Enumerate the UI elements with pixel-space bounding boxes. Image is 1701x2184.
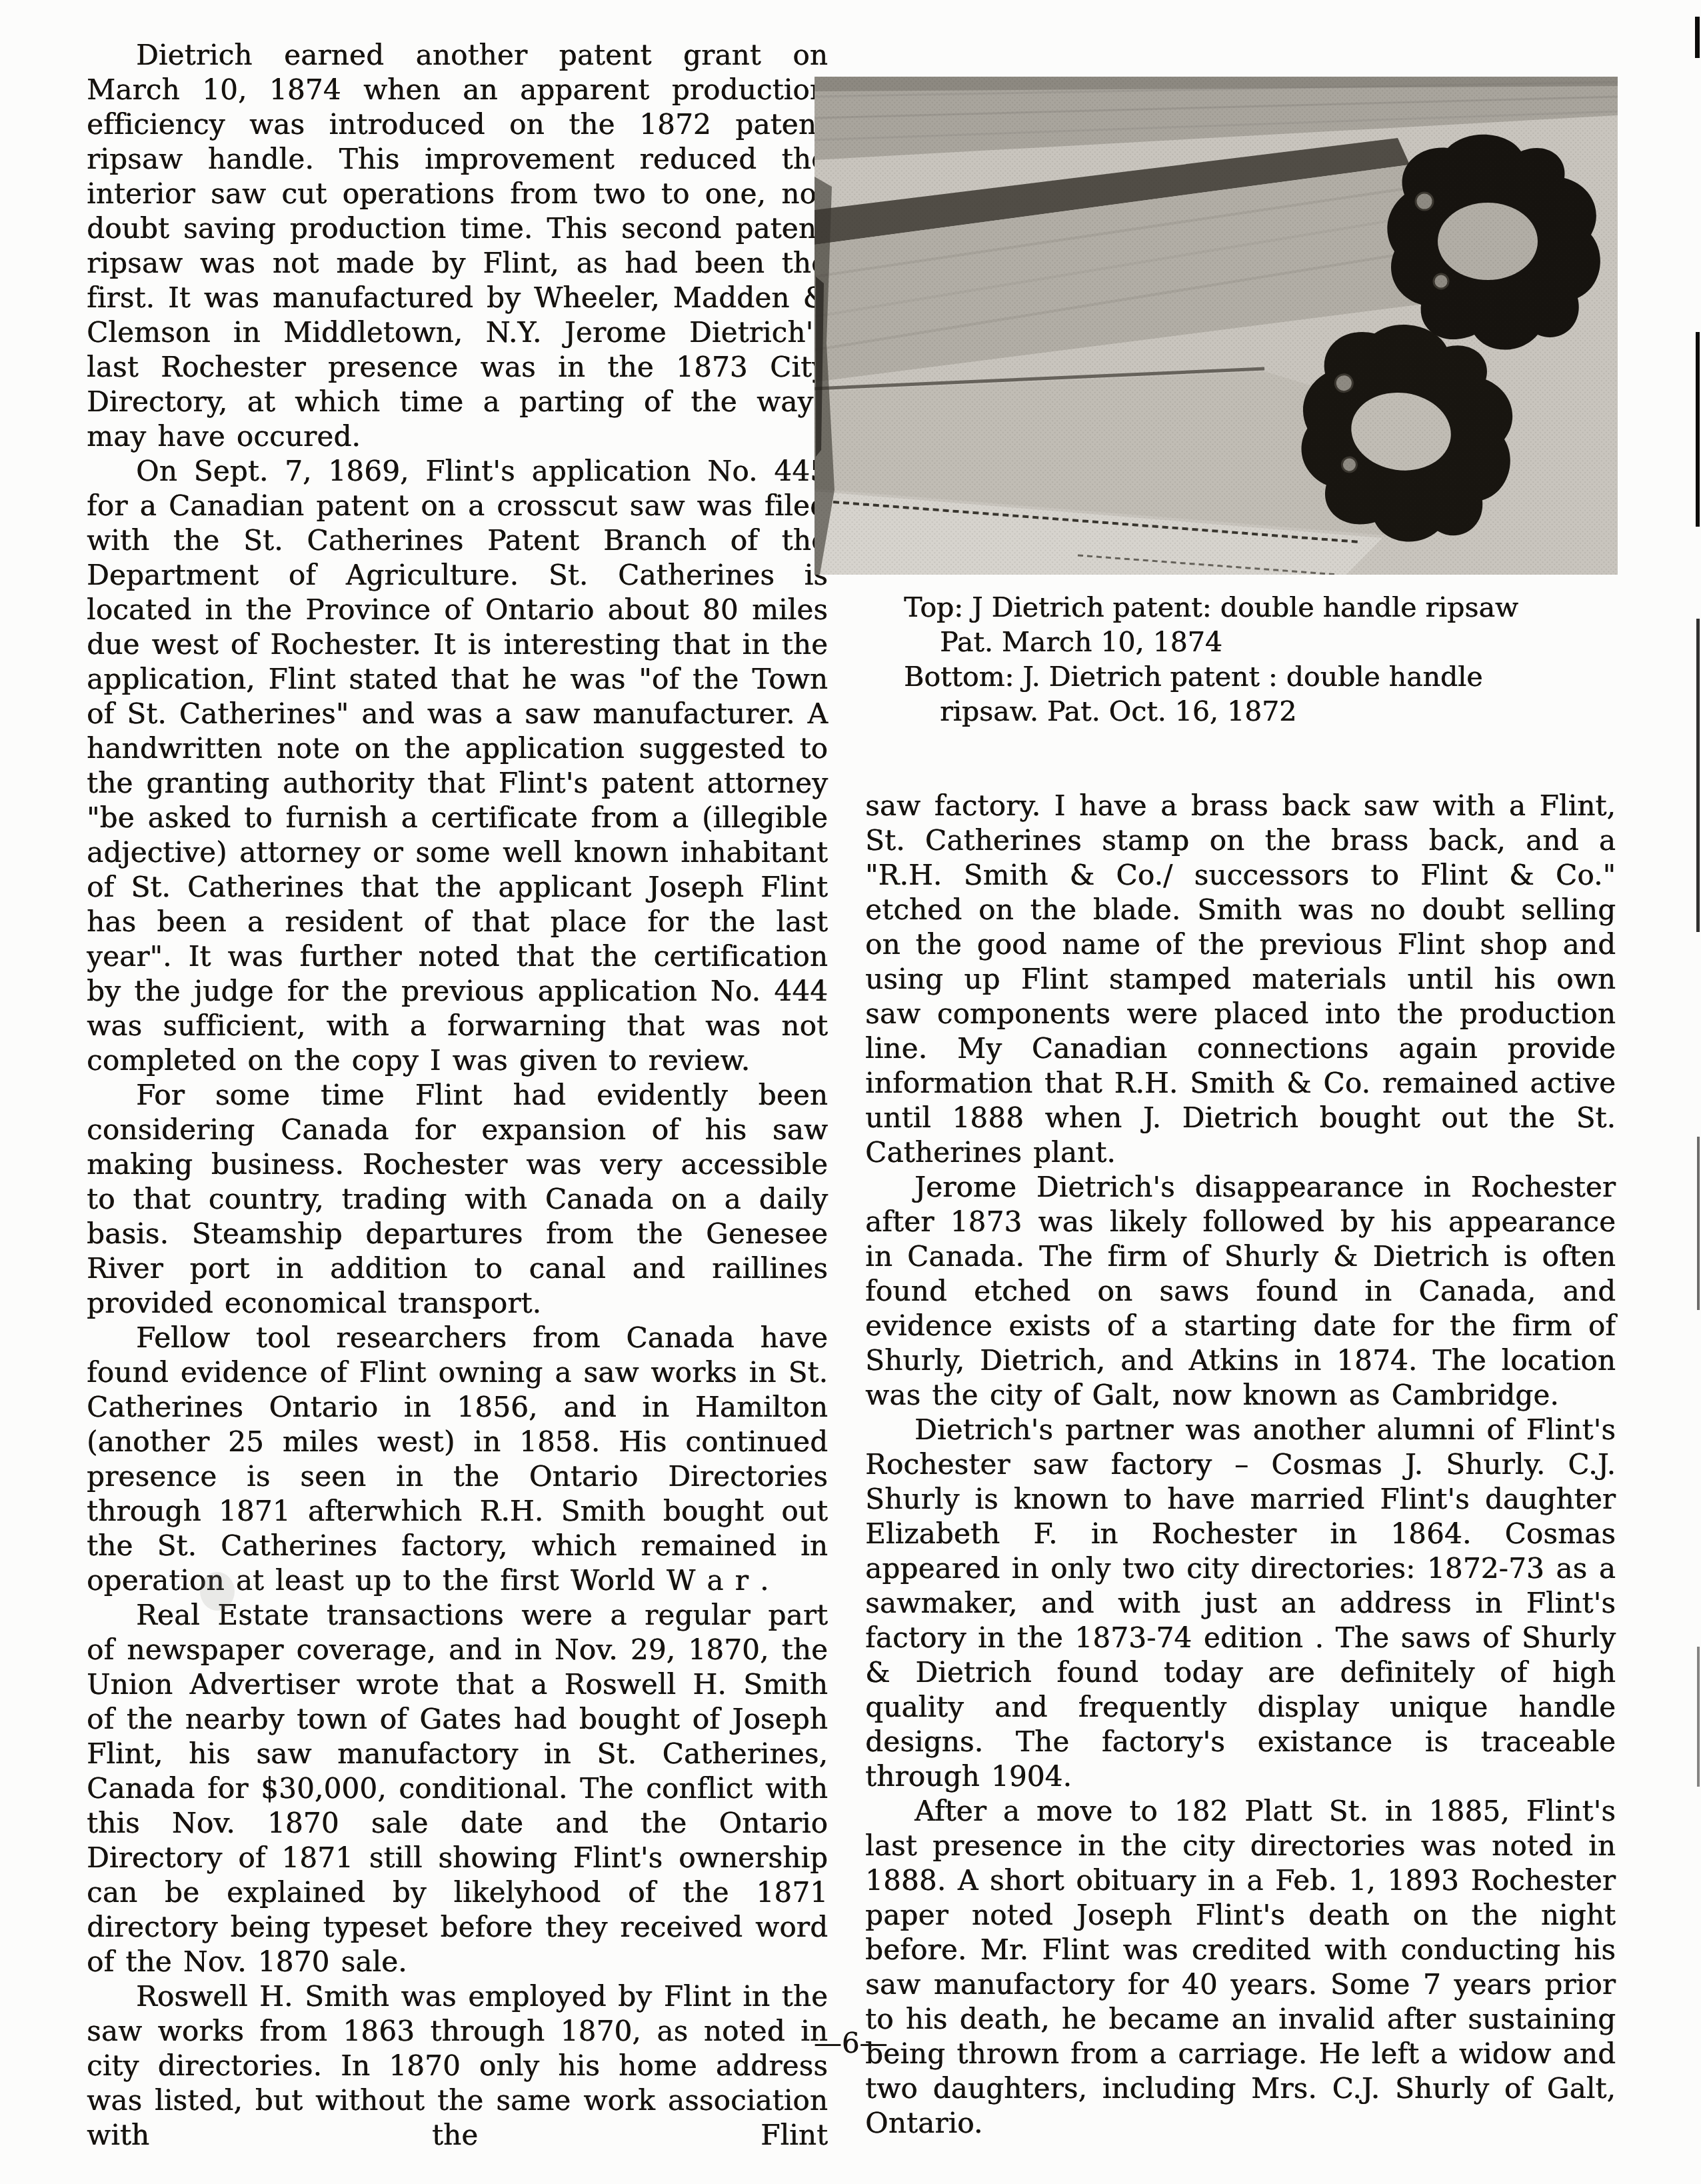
- paragraph: Fellow tool researchers from Canada have…: [87, 1321, 828, 1598]
- saws-photo: [815, 77, 1618, 575]
- halftone-texture: [815, 77, 1618, 575]
- left-column: Dietrich earned another patent grant on …: [87, 38, 828, 2153]
- right-column: saw factory. I have a brass back saw wit…: [865, 789, 1616, 2141]
- paragraph: For some time Flint had evidently been c…: [87, 1078, 828, 1321]
- saws-photo-illustration: [815, 77, 1618, 575]
- page-number: —6—: [0, 2027, 1701, 2059]
- caption-line: ripsaw. Pat. Oct. 16, 1872: [904, 694, 1617, 729]
- scan-artifact: [1696, 619, 1700, 932]
- caption-line: Pat. March 10, 1874: [904, 625, 1617, 659]
- scan-artifact: [1695, 17, 1700, 58]
- paragraph: Roswell H. Smith was employed by Flint i…: [87, 1979, 828, 2153]
- scan-artifact: [1697, 1647, 1700, 1787]
- caption-line: Top: J Dietrich patent: double handle ri…: [904, 590, 1617, 625]
- paragraph: Dietrich earned another patent grant on …: [87, 38, 828, 454]
- photo-caption: Top: J Dietrich patent: double handle ri…: [904, 590, 1617, 729]
- paragraph: saw factory. I have a brass back saw wit…: [865, 789, 1616, 1170]
- paragraph: After a move to 182 Platt St. in 1885, F…: [865, 1794, 1616, 2141]
- scan-artifact: [1697, 1137, 1700, 1310]
- paragraph: On Sept. 7, 1869, Flint's application No…: [87, 454, 828, 1078]
- paragraph: Real Estate transactions were a regular …: [87, 1598, 828, 1979]
- paragraph: Jerome Dietrich's disappearance in Roche…: [865, 1170, 1616, 1413]
- paragraph: Dietrich's partner was another alumni of…: [865, 1413, 1616, 1794]
- scan-artifact: [1696, 332, 1700, 527]
- caption-line: Bottom: J. Dietrich patent : double hand…: [904, 659, 1617, 694]
- page: Dietrich earned another patent grant on …: [0, 0, 1701, 2184]
- scan-artifact: [200, 1572, 235, 1611]
